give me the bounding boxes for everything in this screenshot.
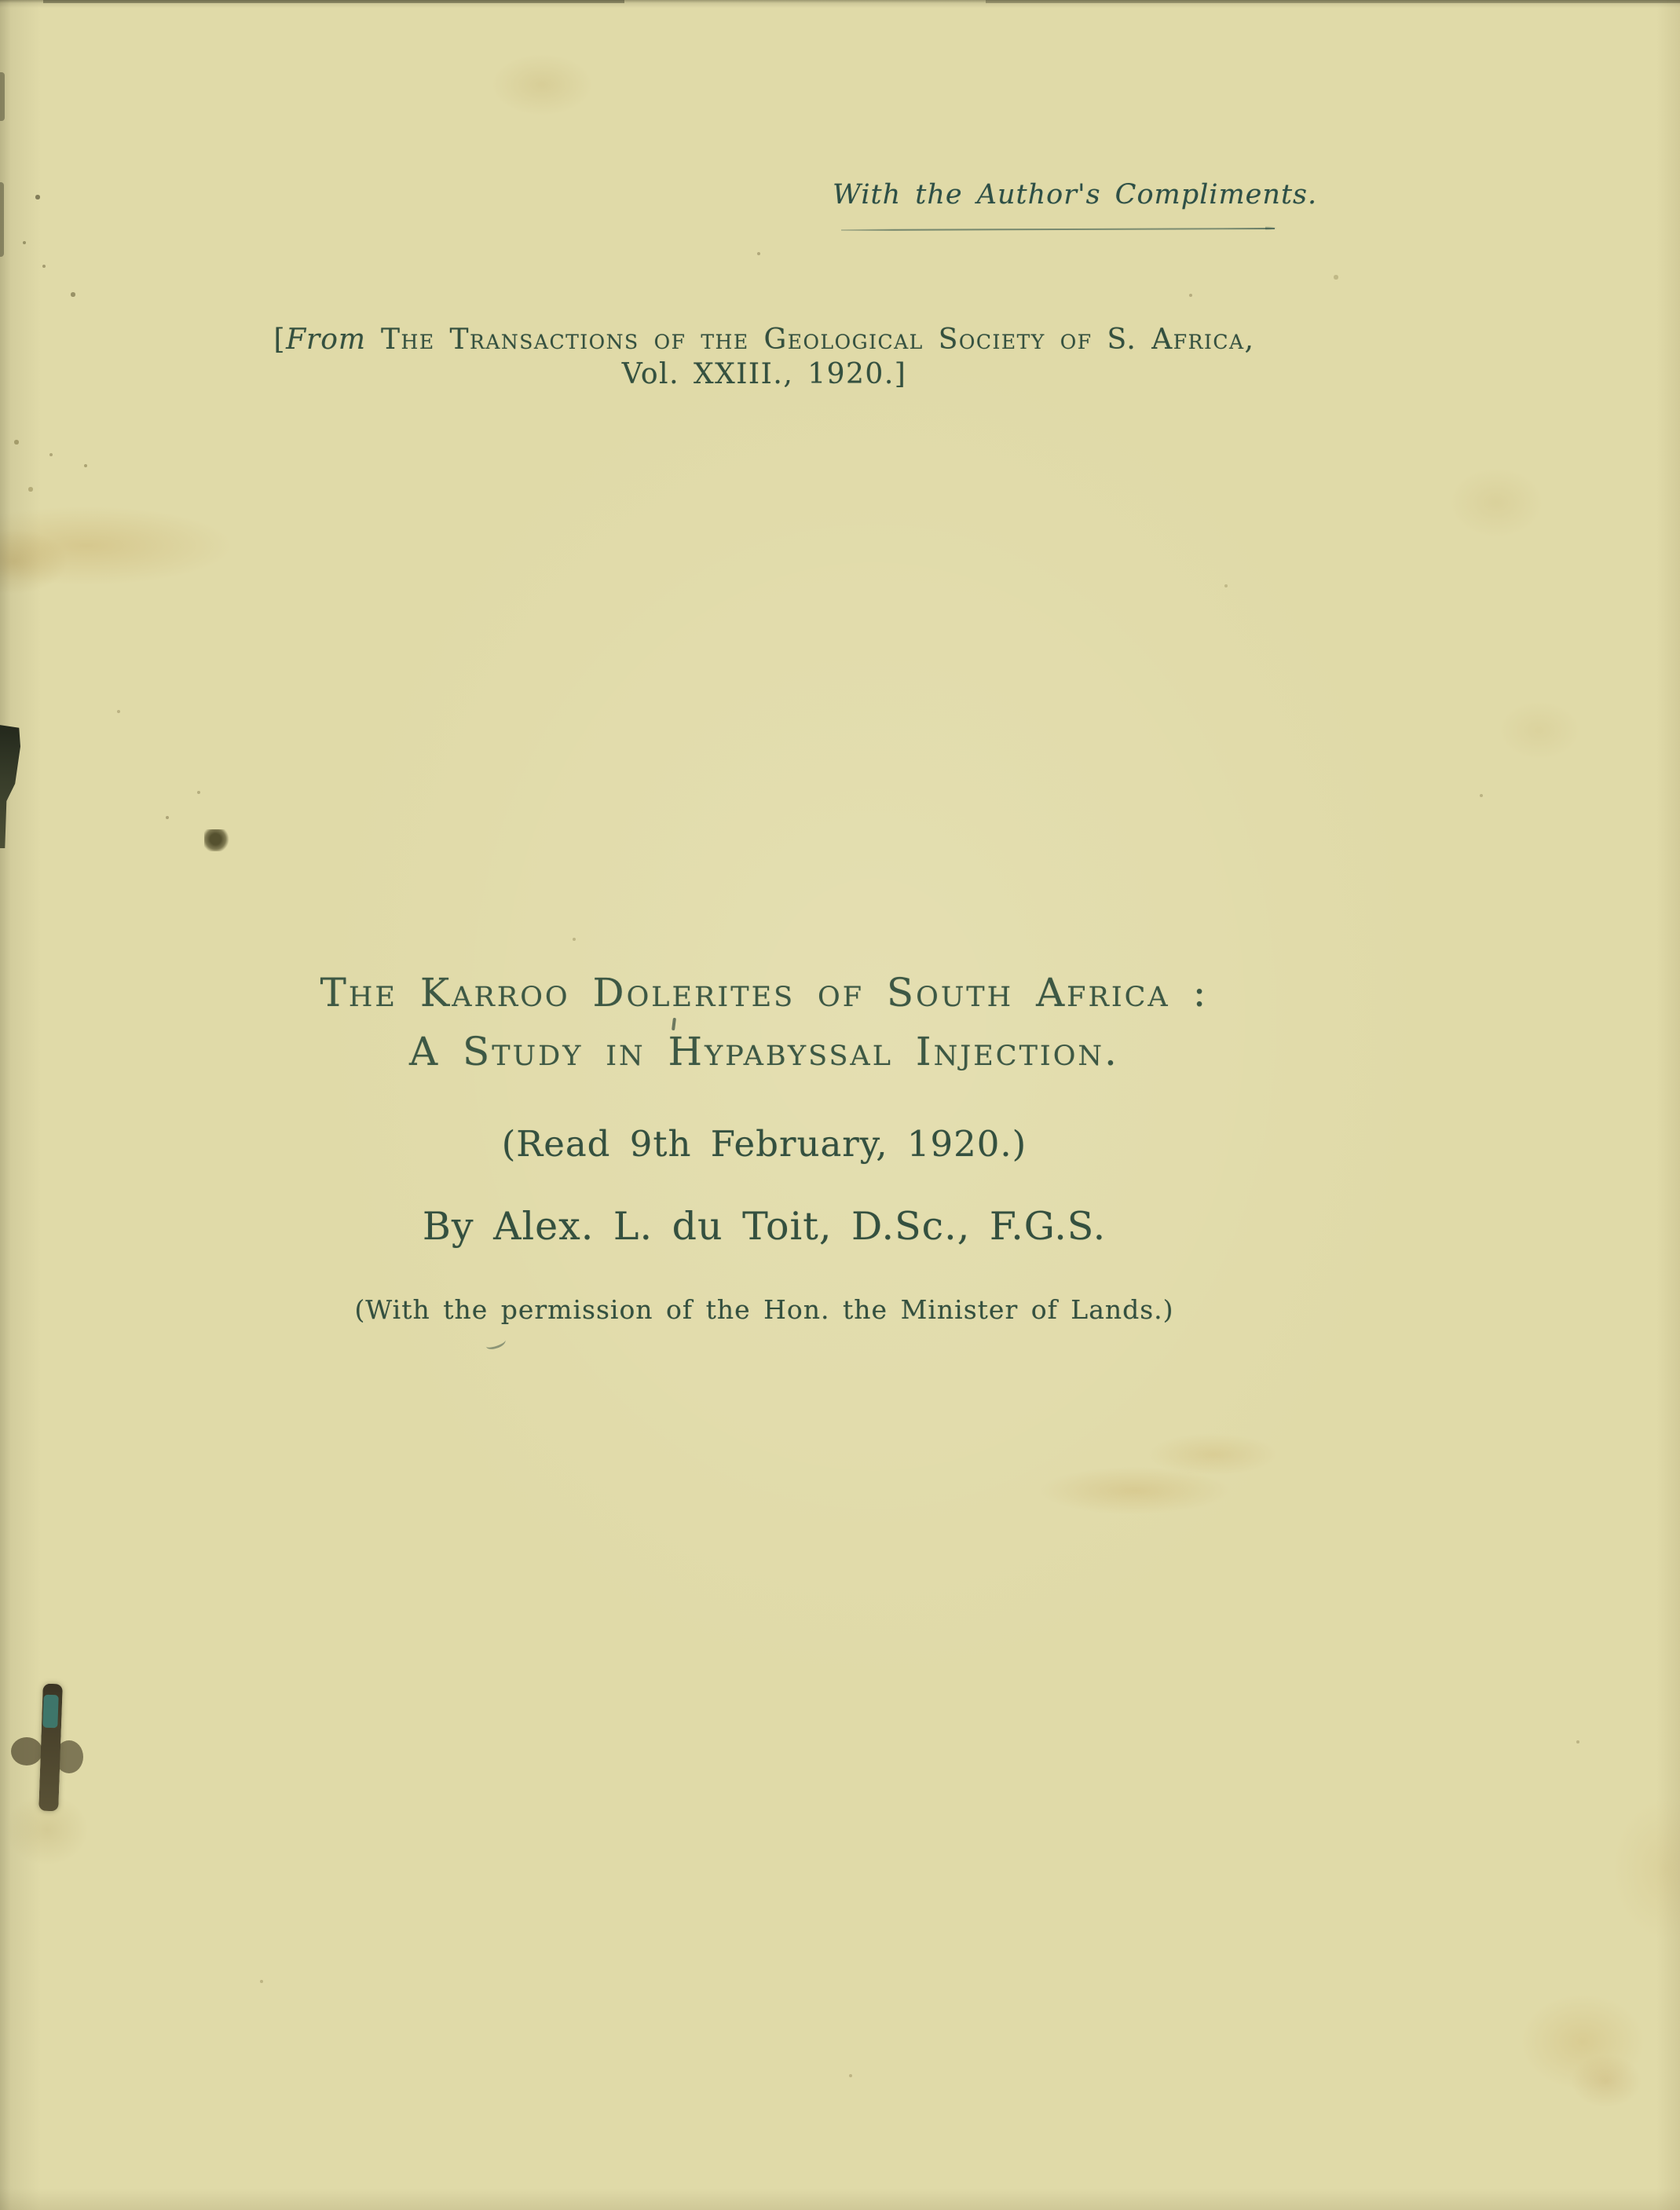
- scanned-title-page: With the Author's Compliments. [From The…: [0, 0, 1680, 2210]
- volume-line: Vol. XXIII., 1920.]: [0, 358, 1528, 390]
- staple-bottom: [9, 1678, 85, 1816]
- staple-wing-left: [11, 1737, 42, 1765]
- top-scan-edge: [43, 0, 624, 3]
- attribution-society-text: The Transactions of the Geological Socie…: [381, 324, 1254, 356]
- compliments-note: With the Author's Compliments.: [833, 179, 1269, 210]
- staple-top: [0, 724, 20, 848]
- read-date-line: (Read 9th February, 1920.): [0, 1123, 1528, 1165]
- paper-title-line2: A Study in Hypabyssal Injection.: [0, 1029, 1528, 1074]
- source-attribution-line: [From The Transactions of the Geological…: [0, 324, 1528, 356]
- ink-blot: [204, 829, 229, 851]
- pencil-squiggle-mark: [485, 1335, 507, 1351]
- compliments-underline-rule: [841, 228, 1275, 231]
- paper-title-line1: The Karroo Dolerites of South Africa :: [0, 970, 1528, 1015]
- staple-teal-paint: [42, 1695, 58, 1729]
- top-scan-edge: [986, 0, 1680, 3]
- left-edge-mark: [0, 182, 4, 257]
- attribution-open-bracket: [: [274, 324, 287, 356]
- left-edge-mark: [0, 72, 5, 121]
- paper-specks: [0, 0, 2, 2]
- permission-note: (With the permission of the Hon. the Min…: [0, 1294, 1528, 1325]
- attribution-from-word: From: [286, 324, 366, 356]
- author-byline: By Alex. L. du Toit, D.Sc., F.G.S.: [0, 1204, 1528, 1249]
- attribution-spacer: [366, 324, 381, 356]
